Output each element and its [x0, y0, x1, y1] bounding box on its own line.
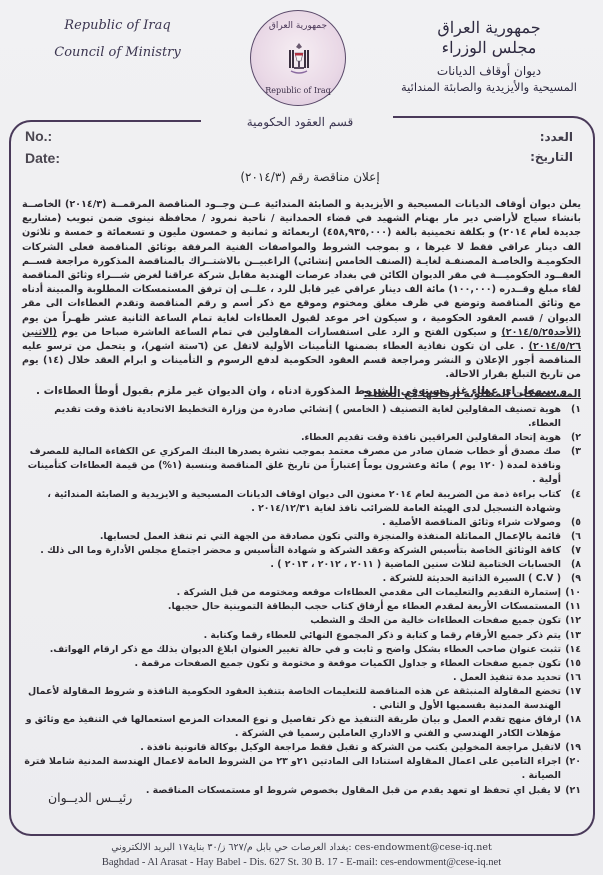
seal-english-text: Republic of Iraq — [251, 86, 345, 95]
arabic-number-label: العدد: — [540, 130, 573, 144]
list-item: ٢)هوية إتحاد المقاولين العراقيين نافذة و… — [24, 431, 581, 445]
arabic-date-label: التاريخ: — [530, 150, 573, 164]
list-item: ١٣)يتم ذكر جميع الأرقام رقما و كتابة و ذ… — [24, 629, 581, 643]
list-item: ١٥)تكون جميع صفحات العطاء و جداول الكميا… — [24, 657, 581, 671]
list-item: ٤)كتاب براءة ذمة من الضريبة لعام ٢٠١٤ مع… — [24, 488, 581, 516]
list-item: ١٢)تكون جميع صفحات العطاءات خالية من الح… — [24, 614, 581, 628]
requirements-title: المستمسكات المطلوبة أرفاقها مع العطاء: — [363, 388, 581, 400]
list-item: ٩)( C.V ) السيرة الذاتية الحديثة للشركة … — [24, 572, 581, 586]
list-item: ١)هوية تصنيف المقاولين لغاية التصنيف ( ا… — [24, 403, 581, 431]
body-part2: و سيكون الفتح و الرد على استفسارات المقا… — [61, 327, 497, 338]
list-item: ٨)الحسابات الختامية لثلاث سنين الماضية (… — [24, 558, 581, 572]
footer-address-english: Baghdad - Al Arasat - Hay Babel - Dis. 6… — [0, 857, 603, 868]
list-item: ٣)صك مصدق أو خطاب ضمان صادر من مصرف معتم… — [24, 445, 581, 487]
eagle-emblem-icon — [287, 41, 311, 77]
announcement-body: يعلن ديوان أوقاف الديانات المسيحية و الأ… — [22, 198, 581, 398]
endowment-office-name: ديوان أوقاف الديانات — [389, 64, 589, 78]
republic-arabic: جمهورية العراق — [389, 18, 589, 38]
arabic-letterhead: جمهورية العراق مجلس الوزراء ديوان أوقاف … — [389, 18, 589, 94]
list-item: ١٨)ارفاق منهج تقدم العمل و بيان طريقة ال… — [24, 713, 581, 741]
seal-arabic-text: جمهورية العراق — [251, 21, 345, 31]
footer-address-arabic: بغداد العرصات حي بابل م/٦٢٧ ز/٣٠ بناية١٧… — [0, 842, 603, 853]
list-item: ١٩)لاتقبل مراجعة المخولين بكتب من الشركة… — [24, 741, 581, 755]
list-item: ١٦)تحديد مدة تنفيذ العمل . — [24, 671, 581, 685]
reference-date-label: Date: — [25, 150, 60, 166]
requirements-list: ١)هوية تصنيف المقاولين لغاية التصنيف ( ا… — [24, 403, 581, 798]
republic-label: Republic of Iraq — [30, 18, 205, 33]
reference-number-label: No.: — [25, 128, 52, 144]
list-item: ١٤)تثبت عنوان صاحب العطاء بشكل واضح و ثا… — [24, 643, 581, 657]
list-item: ١٧)تخضع المقاولة المنبثقة عن هذه المناقص… — [24, 685, 581, 713]
deadline-date: (الأحد٢٠١٤/٥/٢٥) — [501, 327, 581, 338]
list-item: ٦)قائمة بالإعمال المماثلة المنفذة والمنج… — [24, 530, 581, 544]
list-item: ١١)المستمسكات الأربعة لمقدم العطاء مع أر… — [24, 600, 581, 614]
endowment-office-subtitle: المسيحية والأيزيدية والصابئة المندائية — [389, 80, 589, 94]
body-part3: . على ان تكون نفاذية العطاء بضمنها التأم… — [22, 341, 581, 380]
list-item: ٥)وصولات شراء وثائق المناقصة الأصلية . — [24, 516, 581, 530]
document-page: Republic of Iraq Council of Ministry جمه… — [0, 0, 603, 875]
list-item: ٧)كافة الوثائق الخاصة بتأسيس الشركة وعقد… — [24, 544, 581, 558]
signature-title: رئيــس الديــوان — [48, 790, 132, 805]
council-label: Council of Ministry — [30, 45, 205, 60]
english-letterhead: Republic of Iraq Council of Ministry — [30, 16, 205, 60]
council-arabic: مجلس الوزراء — [389, 38, 589, 58]
body-part1: يعلن ديوان أوقاف الديانات المسيحية و الأ… — [22, 199, 581, 324]
tender-title: إعلان مناقصة رقم (٢٠١٤/٣) — [200, 170, 420, 184]
list-item: ١٠)إستمارة التقديم والتعليمات الى مقدمي … — [24, 586, 581, 600]
republic-seal-icon: جمهورية العراق Republic of Iraq — [250, 10, 346, 106]
list-item: ٢٠)اجراء التامين على اعمال المقاولة استن… — [24, 755, 581, 783]
